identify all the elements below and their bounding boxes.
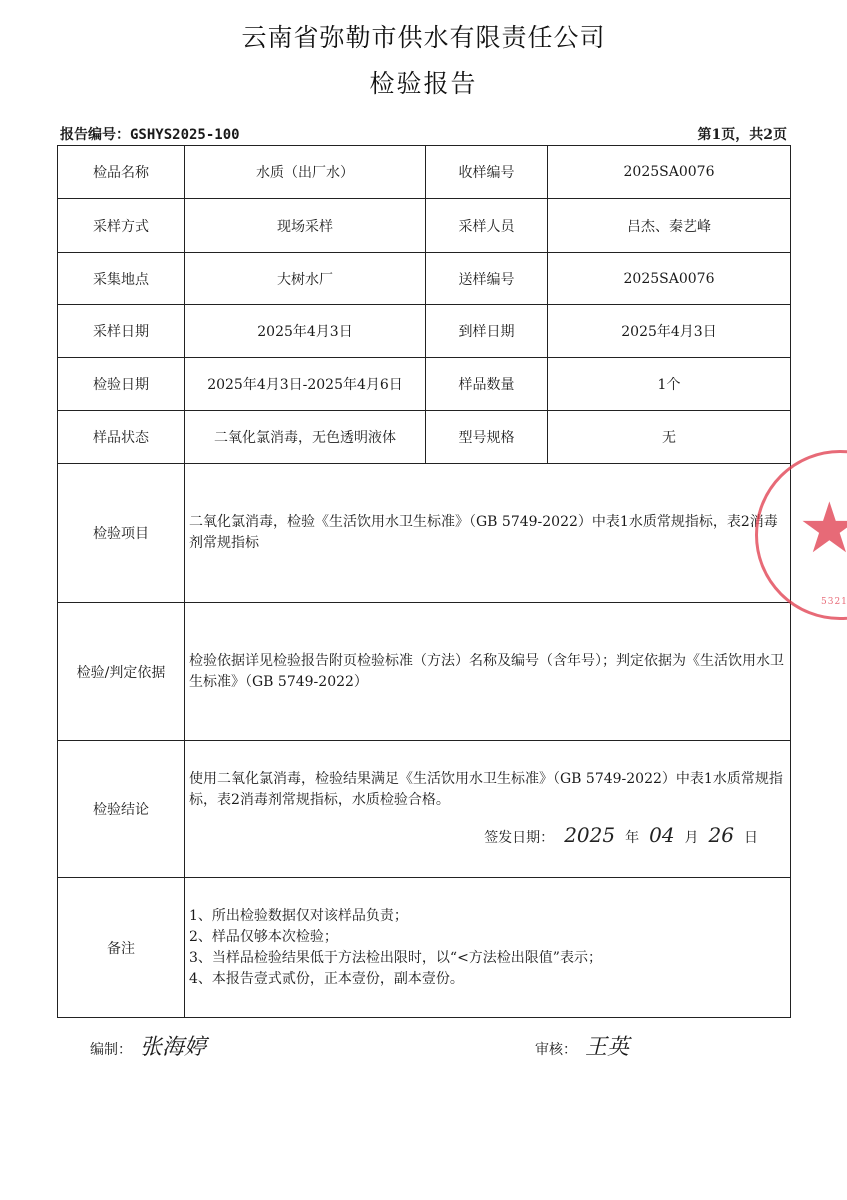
report-table: 检品名称 水质（出厂水） 收样编号 2025SA0076 采样方式 现场采样 采… bbox=[57, 145, 791, 1018]
field-value: 2025SA0076 bbox=[548, 253, 791, 305]
seal-number: 5321 bbox=[821, 597, 847, 607]
field-label: 样品数量 bbox=[426, 358, 548, 411]
field-label: 样品状态 bbox=[58, 411, 185, 464]
table-row: 检验日期 2025年4月3日-2025年4月6日 样品数量 1个 bbox=[58, 358, 791, 411]
table-row: 检品名称 水质（出厂水） 收样编号 2025SA0076 bbox=[58, 146, 791, 199]
field-label: 采样日期 bbox=[58, 305, 185, 358]
remark-item: 4、本报告壹式贰份，正本壹份，副本壹份。 bbox=[189, 969, 786, 990]
table-row: 采集地点 大树水厂 送样编号 2025SA0076 bbox=[58, 253, 791, 305]
field-label: 检品名称 bbox=[58, 146, 185, 199]
document-title: 检验报告 bbox=[0, 64, 847, 100]
field-label: 送样编号 bbox=[426, 253, 548, 305]
field-value: 现场采样 bbox=[185, 199, 426, 253]
field-label: 采样方式 bbox=[58, 199, 185, 253]
field-label: 到样日期 bbox=[426, 305, 548, 358]
inspection-items-text: 二氧化氯消毒，检验《生活饮用水卫生标准》（GB 5749-2022）中表1水质常… bbox=[185, 464, 791, 603]
day-unit: 日 bbox=[744, 830, 758, 846]
report-number-label: 报告编号： bbox=[60, 127, 130, 143]
field-value: 二氧化氯消毒，无色透明液体 bbox=[185, 411, 426, 464]
table-row: 采样日期 2025年4月3日 到样日期 2025年4月3日 bbox=[58, 305, 791, 358]
report-number: 报告编号：GSHYS2025-100 bbox=[60, 124, 240, 144]
reviewed-signature: 王英 bbox=[585, 1035, 629, 1060]
basis-label: 检验/判定依据 bbox=[58, 603, 185, 741]
report-number-value: GSHYS2025-100 bbox=[130, 127, 240, 143]
field-value: 1个 bbox=[548, 358, 791, 411]
remarks-row: 备注 1、所出检验数据仅对该样品负责； 2、样品仅够本次检验； 3、当样品检验结… bbox=[58, 878, 791, 1018]
remark-item: 2、样品仅够本次检验； bbox=[189, 927, 786, 948]
basis-row: 检验/判定依据 检验依据详见检验报告附页检验标准（方法）名称及编号（含年号）；判… bbox=[58, 603, 791, 741]
table-row: 样品状态 二氧化氯消毒，无色透明液体 型号规格 无 bbox=[58, 411, 791, 464]
inspection-items-label: 检验项目 bbox=[58, 464, 185, 603]
page-info: 第1页，共2页 bbox=[698, 124, 787, 144]
issue-date: 签发日期：2025年04月26日 bbox=[189, 825, 786, 849]
remarks-label: 备注 bbox=[58, 878, 185, 1018]
field-value: 2025年4月3日 bbox=[185, 305, 426, 358]
star-icon: ★ bbox=[798, 493, 847, 563]
field-label: 采集地点 bbox=[58, 253, 185, 305]
issue-day: 26 bbox=[709, 823, 734, 847]
year-unit: 年 bbox=[625, 830, 639, 846]
field-value: 无 bbox=[548, 411, 791, 464]
issue-year: 2025 bbox=[564, 823, 615, 847]
inspection-items-row: 检验项目 二氧化氯消毒，检验《生活饮用水卫生标准》（GB 5749-2022）中… bbox=[58, 464, 791, 603]
field-label: 型号规格 bbox=[426, 411, 548, 464]
prepared-label: 编制： bbox=[90, 1042, 132, 1058]
conclusion-cell: 使用二氧化氯消毒，检验结果满足《生活饮用水卫生标准》（GB 5749-2022）… bbox=[185, 741, 791, 878]
field-label: 检验日期 bbox=[58, 358, 185, 411]
reviewed-by: 审核：王英 bbox=[535, 1030, 629, 1061]
field-value: 2025年4月3日-2025年4月6日 bbox=[185, 358, 426, 411]
prepared-signature: 张海婷 bbox=[140, 1035, 206, 1060]
conclusion-row: 检验结论 使用二氧化氯消毒，检验结果满足《生活饮用水卫生标准》（GB 5749-… bbox=[58, 741, 791, 878]
field-value: 2025年4月3日 bbox=[548, 305, 791, 358]
issue-date-label: 签发日期： bbox=[484, 830, 554, 846]
month-unit: 月 bbox=[685, 830, 699, 846]
field-label: 收样编号 bbox=[426, 146, 548, 199]
remarks-list: 1、所出检验数据仅对该样品负责； 2、样品仅够本次检验； 3、当样品检验结果低于… bbox=[185, 878, 791, 1018]
prepared-by: 编制：张海婷 bbox=[90, 1030, 206, 1061]
remark-item: 3、当样品检验结果低于方法检出限时，以“<方法检出限值”表示； bbox=[189, 948, 786, 969]
remark-item: 1、所出检验数据仅对该样品负责； bbox=[189, 906, 786, 927]
conclusion-text: 使用二氧化氯消毒，检验结果满足《生活饮用水卫生标准》（GB 5749-2022）… bbox=[189, 769, 786, 811]
reviewed-label: 审核： bbox=[535, 1042, 577, 1058]
table-row: 采样方式 现场采样 采样人员 吕杰、秦艺峰 bbox=[58, 199, 791, 253]
issue-month: 04 bbox=[649, 823, 674, 847]
company-name: 云南省弥勒市供水有限责任公司 bbox=[0, 18, 847, 54]
basis-text: 检验依据详见检验报告附页检验标准（方法）名称及编号（含年号）；判定依据为《生活饮… bbox=[185, 603, 791, 741]
field-label: 采样人员 bbox=[426, 199, 548, 253]
field-value: 吕杰、秦艺峰 bbox=[548, 199, 791, 253]
field-value: 水质（出厂水） bbox=[185, 146, 426, 199]
conclusion-label: 检验结论 bbox=[58, 741, 185, 878]
field-value: 大树水厂 bbox=[185, 253, 426, 305]
field-value: 2025SA0076 bbox=[548, 146, 791, 199]
